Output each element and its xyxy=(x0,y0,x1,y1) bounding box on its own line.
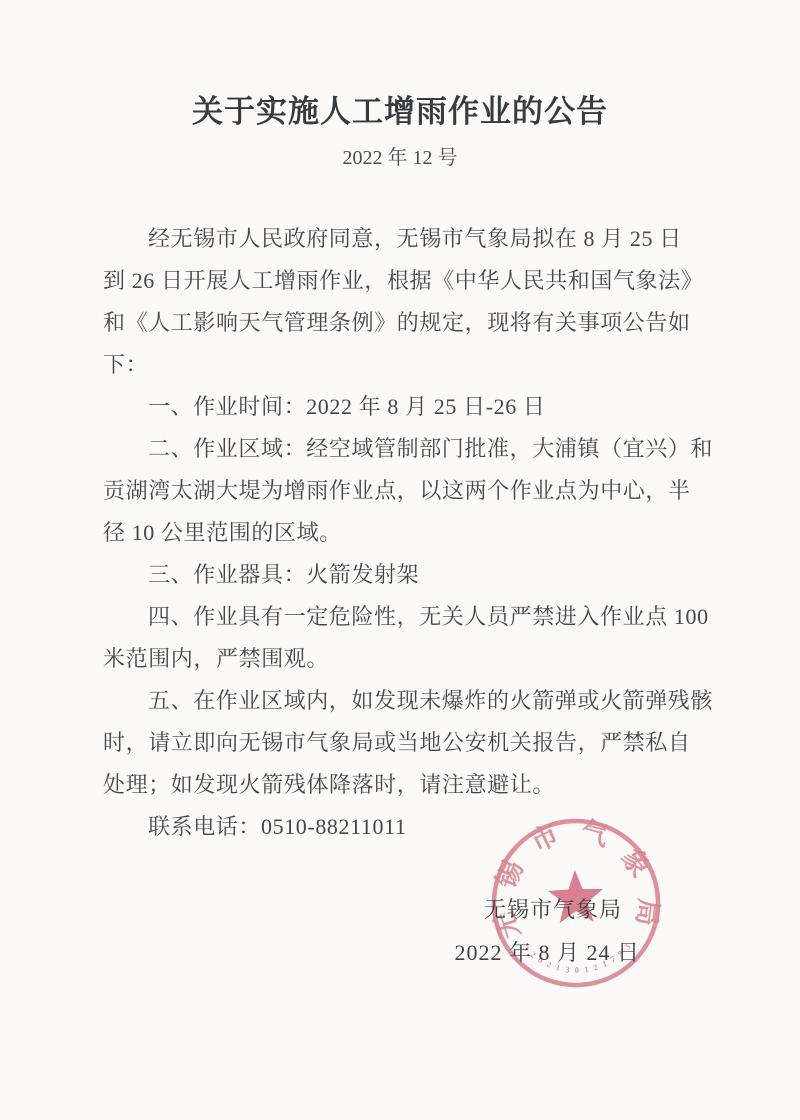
body-line: 和《人工影响天气管理条例》的规定，现将有关事项公告如 xyxy=(103,302,708,344)
body-line-item-2: 二、作业区域：经空域管制部门批准，大浦镇（宜兴）和 xyxy=(103,428,708,470)
document-number: 2022 年 12 号 xyxy=(0,141,800,170)
body-line: 经无锡市人民政府同意，无锡市气象局拟在 8 月 25 日 xyxy=(103,218,708,260)
page-title: 关于实施人工增雨作业的公告 xyxy=(0,86,800,131)
body-line: 贡湖湾太湖大堤为增雨作业点，以这两个作业点为中心，半 xyxy=(103,470,708,512)
body-line: 下： xyxy=(103,344,708,386)
document-body: 经无锡市人民政府同意，无锡市气象局拟在 8 月 25 日 到 26 日开展人工增… xyxy=(103,218,708,848)
body-line: 径 10 公里范围的区域。 xyxy=(103,512,708,554)
body-line-item-3: 三、作业器具：火箭发射架 xyxy=(103,554,708,596)
signature-organization: 无锡市气象局 xyxy=(484,893,622,924)
body-line-item-5: 五、在作业区域内，如发现未爆炸的火箭弹或火箭弹残骸 xyxy=(103,680,708,722)
body-line: 米范围内，严禁围观。 xyxy=(103,638,708,680)
scanned-announcement-page: 关于实施人工增雨作业的公告 2022 年 12 号 经无锡市人民政府同意，无锡市… xyxy=(0,0,800,1120)
body-line: 时，请立即向无锡市气象局或当地公安机关报告，严禁私自 xyxy=(103,722,708,764)
body-line: 到 26 日开展人工增雨作业，根据《中华人民共和国气象法》 xyxy=(103,260,708,302)
body-line-item-4: 四、作业具有一定危险性，无关人员严禁进入作业点 100 xyxy=(103,596,708,638)
signature-date: 2022 年 8 月 24 日 xyxy=(454,936,640,967)
body-line-item-1: 一、作业时间：2022 年 8 月 25 日-26 日 xyxy=(103,386,708,428)
